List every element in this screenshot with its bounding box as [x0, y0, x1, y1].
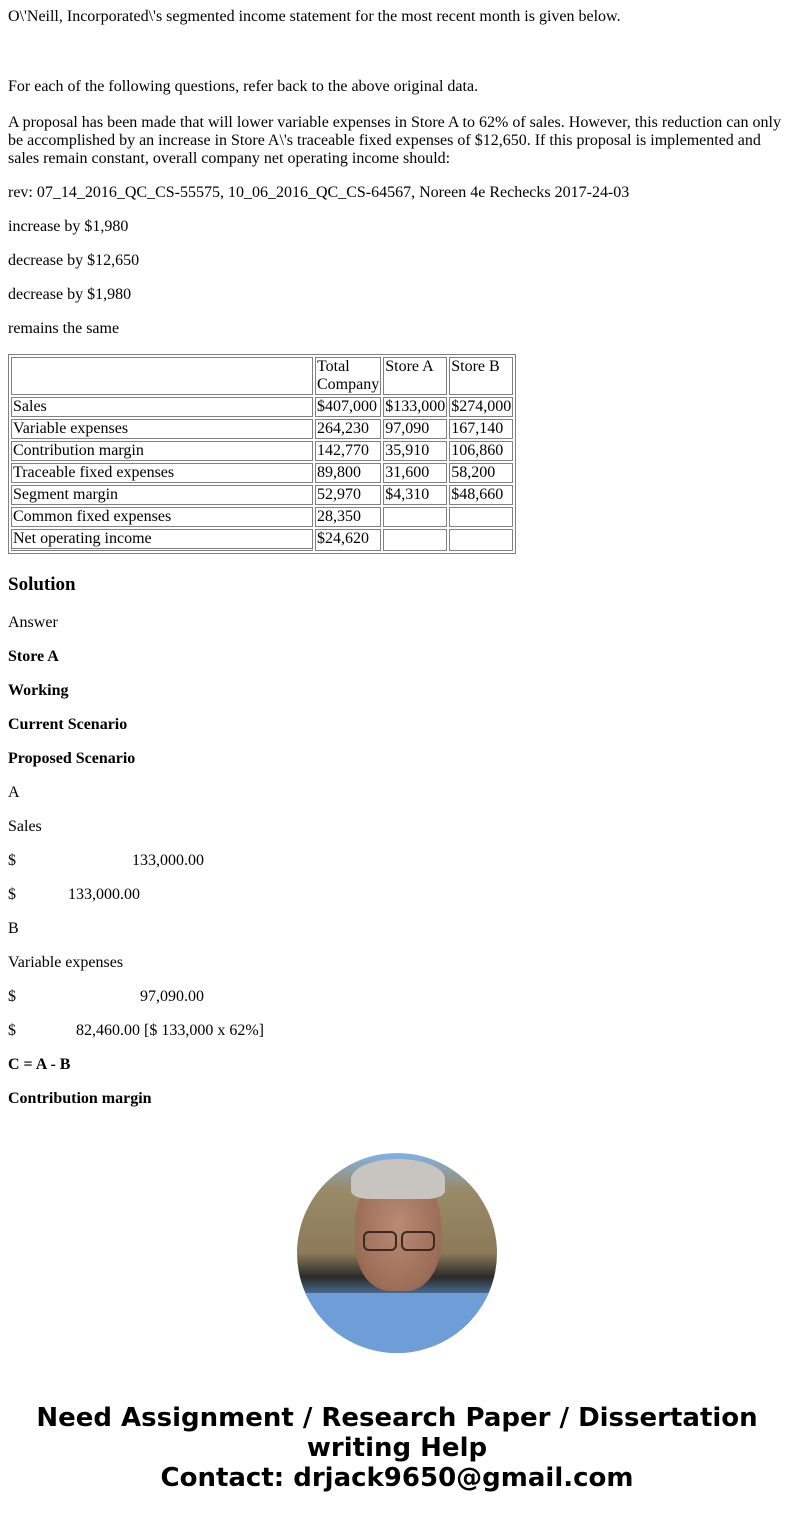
- table-row: Variable expenses 264,230 97,090 167,140: [11, 419, 513, 439]
- question-prompt: A proposal has been made that will lower…: [8, 114, 788, 168]
- cell-store-b: [449, 529, 513, 551]
- header-total-company: Total Company: [315, 357, 381, 395]
- header-store-a: Store A: [383, 357, 447, 395]
- cell-total: $407,000: [315, 397, 381, 417]
- avatar-shirt: [297, 1293, 497, 1353]
- solution-line: $ 133,000.00: [8, 852, 264, 886]
- cell-total: $24,620: [315, 529, 381, 551]
- solution-line: Store A: [8, 648, 264, 682]
- answer-options: increase by $1,980 decrease by $12,650 d…: [8, 218, 139, 354]
- row-label: Traceable fixed expenses: [11, 463, 313, 483]
- solution-line: Working: [8, 682, 264, 716]
- row-label: Variable expenses: [11, 419, 313, 439]
- solution-line: $ 82,460.00 [$ 133,000 x 62%]: [8, 1022, 264, 1056]
- cell-store-a: 97,090: [383, 419, 447, 439]
- cell-store-a: 31,600: [383, 463, 447, 483]
- header-store-b: Store B: [449, 357, 513, 395]
- row-label: Net operating income: [11, 529, 313, 551]
- solution-line: Current Scenario: [8, 716, 264, 750]
- table-row: Common fixed expenses 28,350: [11, 507, 513, 527]
- solution-line: Contribution margin: [8, 1090, 264, 1124]
- promo-contact: Contact: drjack9650@gmail.com: [0, 1463, 794, 1493]
- table-row: Traceable fixed expenses 89,800 31,600 5…: [11, 463, 513, 483]
- cell-store-b: [449, 507, 513, 527]
- table-row: Segment margin 52,970 $4,310 $48,660: [11, 485, 513, 505]
- cell-store-a: [383, 507, 447, 527]
- answer-option: remains the same: [8, 320, 139, 354]
- row-label: Sales: [11, 397, 313, 417]
- intro-text: O\'Neill, Incorporated\'s segmented inco…: [8, 8, 788, 26]
- solution-line: C = A - B: [8, 1056, 264, 1090]
- solution-line: Proposed Scenario: [8, 750, 264, 784]
- answer-option: decrease by $12,650: [8, 252, 139, 286]
- cell-store-b: $48,660: [449, 485, 513, 505]
- cell-total: 28,350: [315, 507, 381, 527]
- solution-line: Variable expenses: [8, 954, 264, 988]
- header-cell: [11, 357, 313, 395]
- solution-line: A: [8, 784, 264, 818]
- solution-line: Answer: [8, 614, 264, 648]
- solution-section: Solution: [8, 574, 76, 596]
- promo-line: writing Help: [0, 1433, 794, 1463]
- promo-line: Need Assignment / Research Paper / Disse…: [0, 1403, 794, 1433]
- row-label: Segment margin: [11, 485, 313, 505]
- answer-option: decrease by $1,980: [8, 286, 139, 320]
- solution-line: B: [8, 920, 264, 954]
- solution-line: Sales: [8, 818, 264, 852]
- segmented-income-statement: Total Company Store A Store B Sales $407…: [8, 354, 516, 554]
- solution-line: $ 133,000.00: [8, 886, 264, 920]
- avatar-hair: [351, 1159, 445, 1199]
- cell-store-a: [383, 529, 447, 551]
- cell-store-b: 58,200: [449, 463, 513, 483]
- solution-lines: Answer Store A Working Current Scenario …: [8, 614, 264, 1124]
- cell-total: 142,770: [315, 441, 381, 461]
- author-avatar: [297, 1153, 497, 1353]
- table-row: Contribution margin 142,770 35,910 106,8…: [11, 441, 513, 461]
- revision-note: rev: 07_14_2016_QC_CS-55575, 10_06_2016_…: [8, 184, 788, 202]
- cell-store-b: $274,000: [449, 397, 513, 417]
- solution-line: $ 97,090.00: [8, 988, 264, 1022]
- table-header-row: Total Company Store A Store B: [11, 357, 513, 395]
- cell-store-b: 167,140: [449, 419, 513, 439]
- cell-total: 89,800: [315, 463, 381, 483]
- cell-store-a: $4,310: [383, 485, 447, 505]
- cell-total: 264,230: [315, 419, 381, 439]
- cell-store-a: 35,910: [383, 441, 447, 461]
- row-label: Common fixed expenses: [11, 507, 313, 527]
- cell-total: 52,970: [315, 485, 381, 505]
- row-label: Contribution margin: [11, 441, 313, 461]
- glasses-icon: [363, 1231, 435, 1249]
- table-row: Net operating income $24,620: [11, 529, 513, 551]
- cell-store-a: $133,000: [383, 397, 447, 417]
- cell-store-b: 106,860: [449, 441, 513, 461]
- refer-back-text: For each of the following questions, ref…: [8, 78, 788, 96]
- promo-banner: Need Assignment / Research Paper / Disse…: [0, 1403, 794, 1493]
- table-row: Sales $407,000 $133,000 $274,000: [11, 397, 513, 417]
- solution-heading: Solution: [8, 574, 76, 596]
- answer-option: increase by $1,980: [8, 218, 139, 252]
